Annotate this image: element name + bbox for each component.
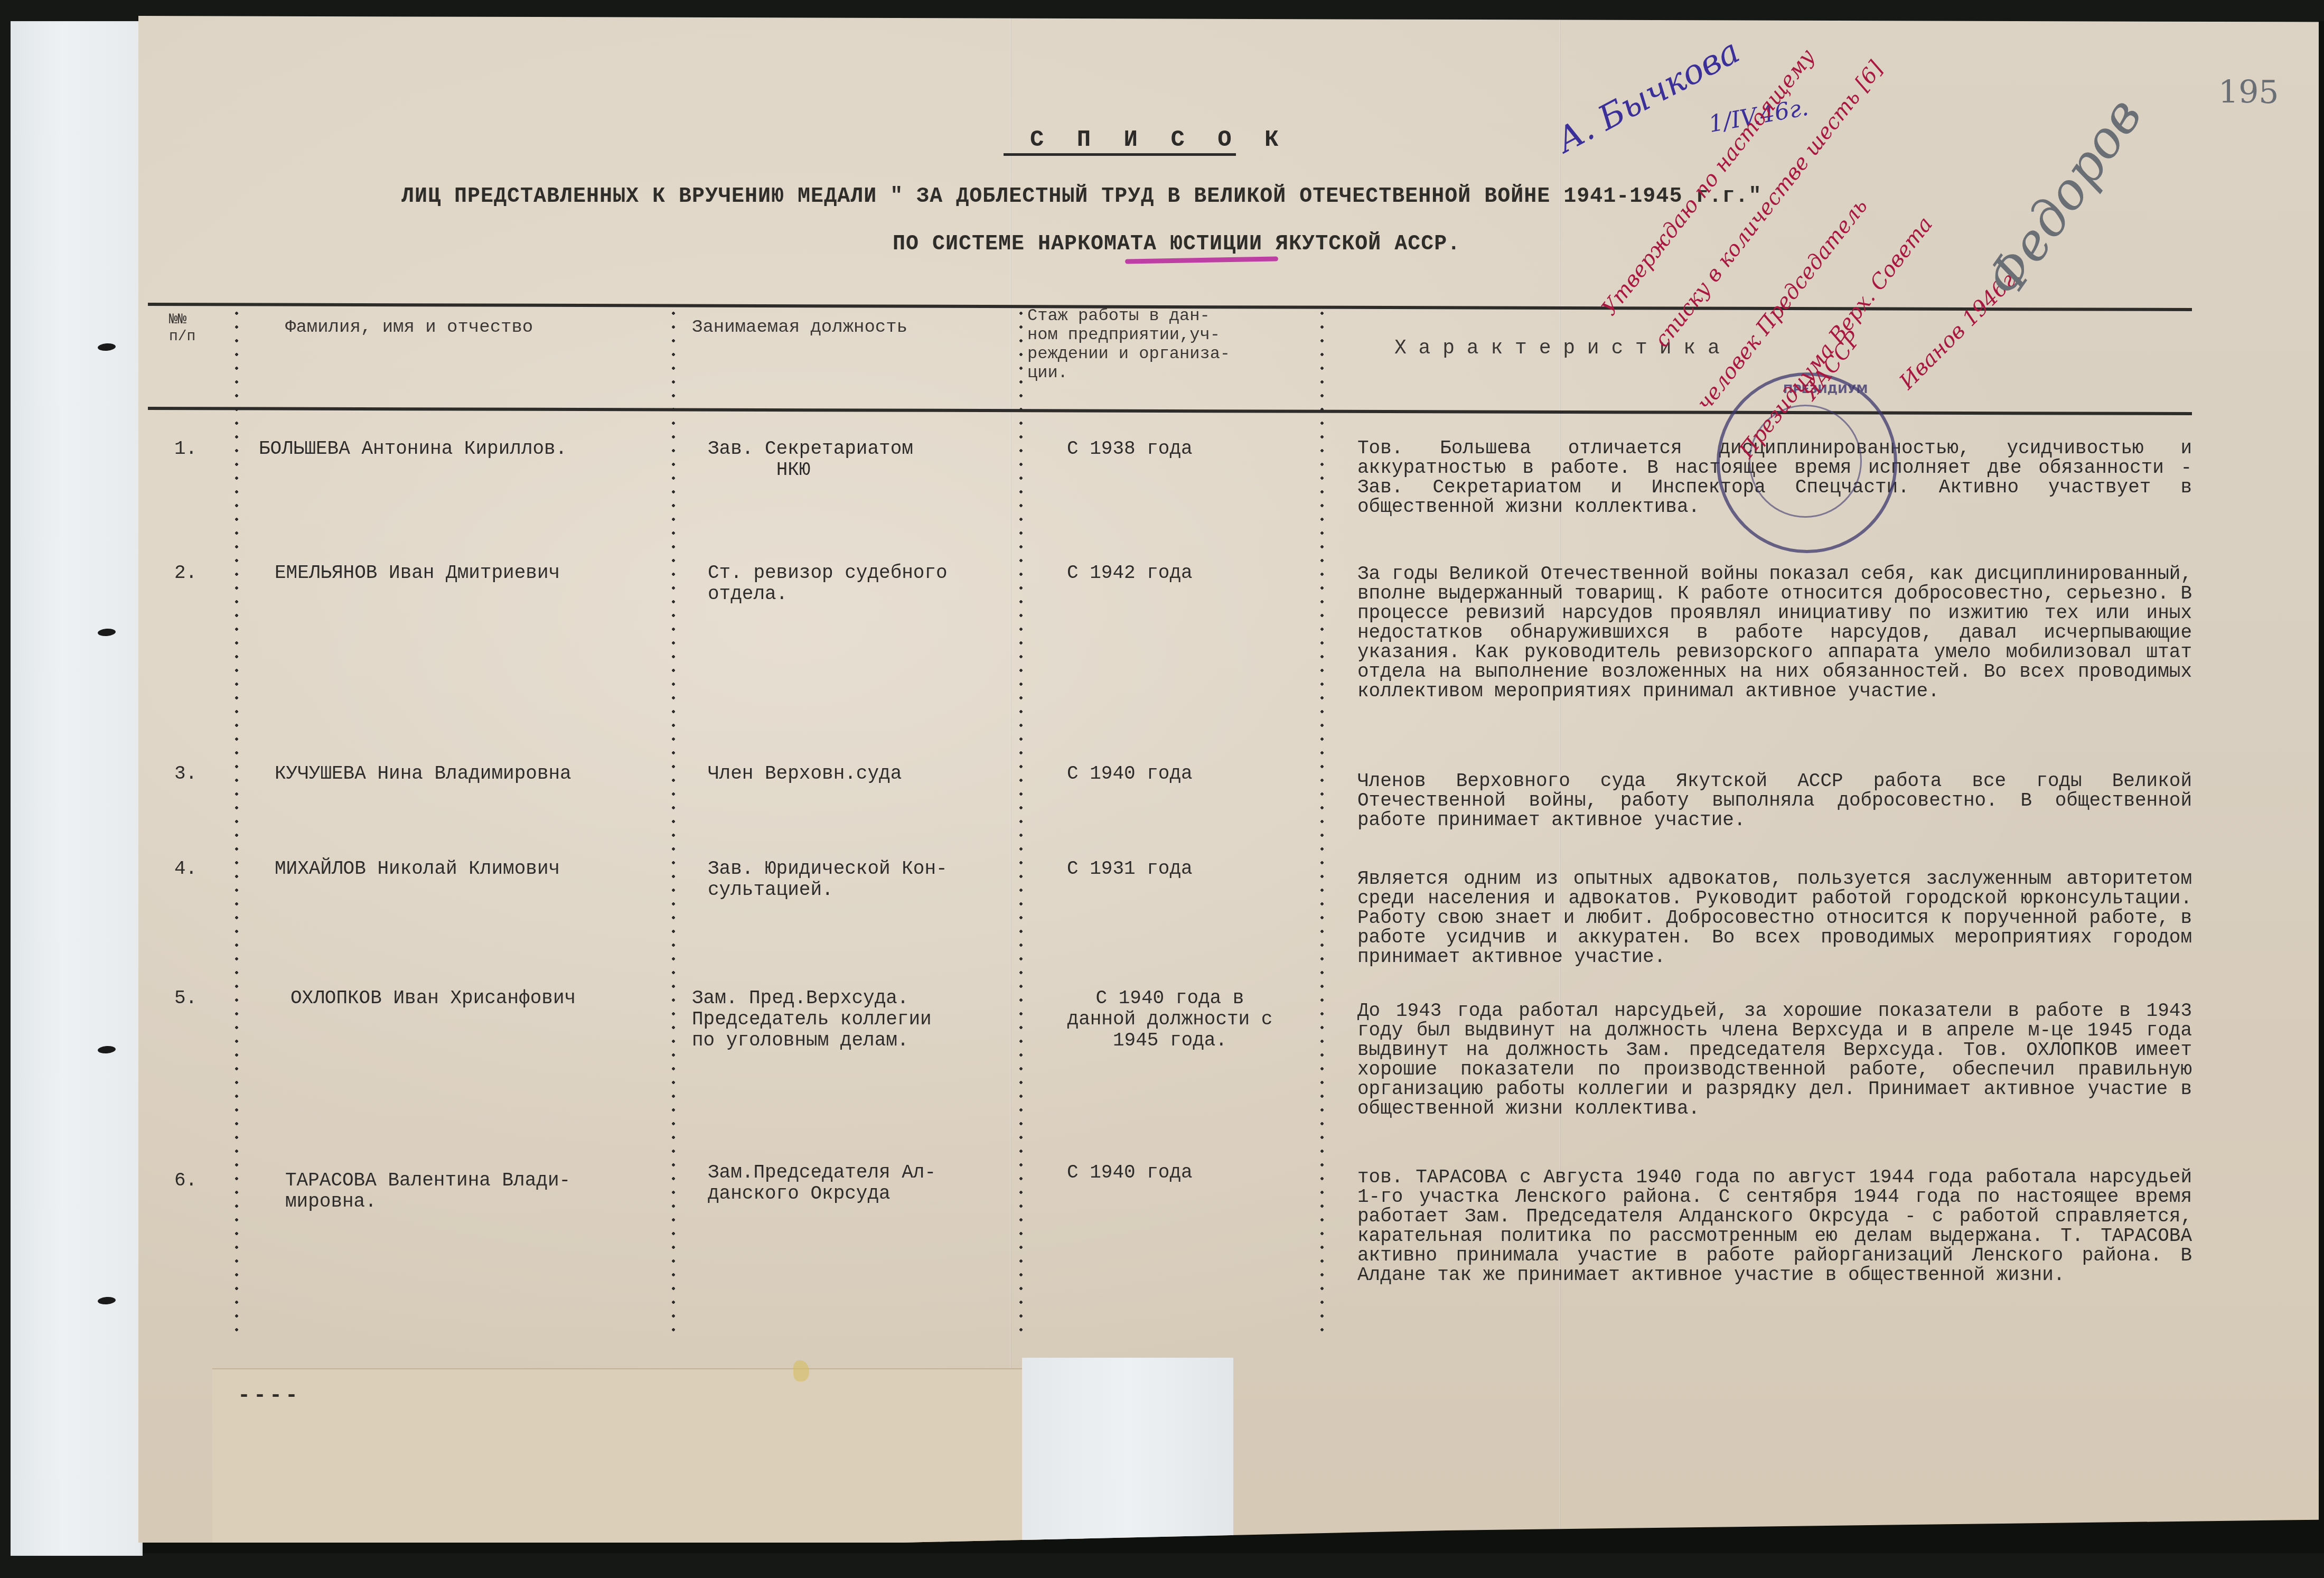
column-separator: [1019, 306, 1023, 1337]
row-number: 4.: [174, 858, 197, 880]
official-seal-stamp: ПРЕЗИДИУМ: [1717, 372, 1897, 553]
binding-hole: [98, 1045, 116, 1054]
binding-hole: [98, 628, 116, 637]
document-title: С П И С О К: [1030, 127, 1288, 153]
row-name: МИХАЙЛОВ Николай Климович: [275, 858, 676, 880]
row-tenure: С 1931 года: [1067, 858, 1193, 880]
row-name: БОЛЬШЕВА Антонина Кириллов.: [259, 438, 671, 460]
row-position: Ст. ревизор судебного отдела.: [708, 563, 1019, 605]
row-characteristic: До 1943 года работал нарсудьей, за хорош…: [1357, 1001, 2192, 1118]
row-name: ОХЛОПКОВ Иван Хрисанфович: [290, 988, 676, 1009]
header-position: Занимаемая должность: [692, 317, 907, 338]
header-number: №№ п/п: [169, 312, 227, 346]
archive-page-number: 195: [2218, 74, 2279, 111]
row-position: Зав. Секретариатом НКЮ: [708, 438, 1019, 481]
row-tenure: С 1938 года: [1067, 438, 1193, 460]
repair-tape: [1022, 1358, 1233, 1543]
row-position: Зам. Пред.Верхсуда. Председатель коллеги…: [692, 988, 1019, 1051]
row-tenure: С 1940 года в данной должности с 1945 го…: [1022, 988, 1318, 1051]
column-separator: [1320, 306, 1324, 1337]
row-characteristic: тов. ТАРАСОВА с Августа 1940 года по авг…: [1357, 1168, 2192, 1285]
row-characteristic: Является одним из опытных адвокатов, пол…: [1357, 869, 2192, 967]
end-of-list-dashes: ----: [238, 1384, 301, 1408]
row-tenure: С 1942 года: [1067, 563, 1193, 584]
paper-patch: [212, 1368, 1084, 1549]
header-tenure: Стаж работы в дан- ном предприятии,уч- р…: [1027, 306, 1230, 382]
binding-strip: [11, 21, 143, 1556]
row-number: 2.: [174, 563, 197, 584]
row-name: ЕМЕЛЬЯНОВ Иван Дмитриевич: [275, 563, 676, 584]
binding-hole: [98, 343, 116, 351]
row-number: 5.: [174, 988, 197, 1009]
document-subtitle: ЛИЦ ПРЕДСТАВЛЕННЫХ К ВРУЧЕНИЮ МЕДАЛИ " З…: [401, 185, 1761, 209]
row-name: ТАРАСОВА Валентина Влади- мировна.: [285, 1170, 676, 1212]
row-position: Зам.Председателя Ал- данского Окрсуда: [708, 1162, 1019, 1204]
row-position: Зав. Юридической Кон- сультацией.: [708, 858, 1019, 901]
stain: [793, 1360, 809, 1381]
row-number: 3.: [174, 763, 197, 785]
document-subtitle-organization: ПО СИСТЕМЕ НАРКОМАТА ЮСТИЦИИ ЯКУТСКОЙ АС…: [893, 232, 1460, 256]
title-underline: [1004, 153, 1236, 156]
column-separator: [235, 306, 238, 1337]
row-name: КУЧУШЕВА Нина Владимировна: [275, 763, 676, 785]
header-name: Фамилия, имя и отчество: [285, 317, 533, 338]
row-number: 6.: [174, 1170, 197, 1191]
row-characteristic: За годы Великой Отечественной войны пока…: [1357, 564, 2192, 701]
row-characteristic: Членов Верховного суда Якутской АССР раб…: [1357, 771, 2192, 830]
binding-hole: [98, 1296, 116, 1305]
row-tenure: С 1940 года: [1067, 763, 1193, 785]
row-tenure: С 1940 года: [1067, 1162, 1193, 1183]
row-number: 1.: [174, 438, 197, 460]
row-position: Член Верховн.суда: [708, 763, 1019, 785]
